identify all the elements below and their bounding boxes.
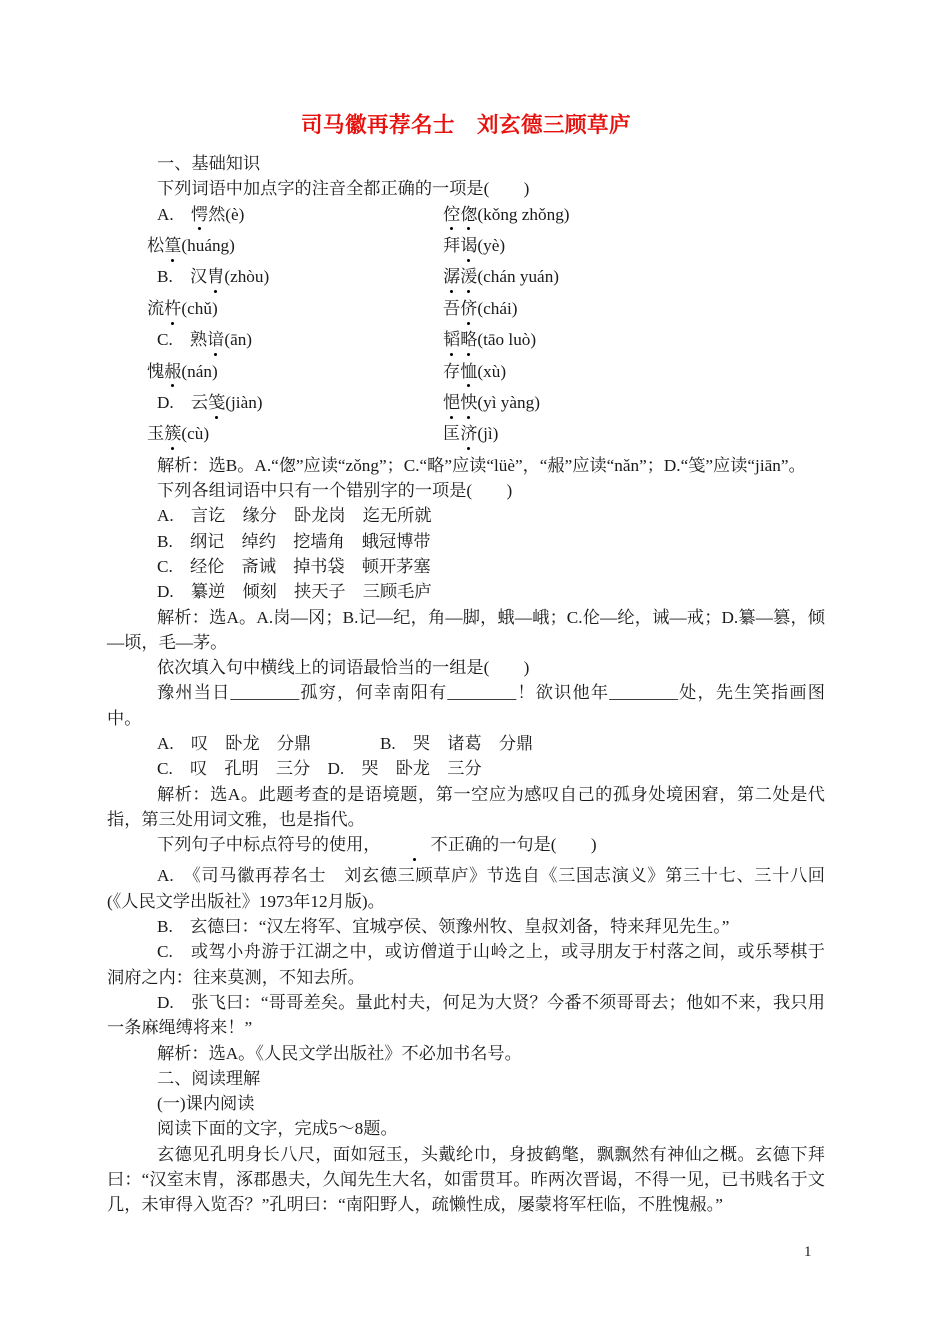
text-line: D. 张飞曰：“哥哥差矣。量此村夫，何足为大贤？今番不须哥哥去；他如不来，我只用… — [107, 990, 825, 1041]
text-line: 解析：选A。此题考查的是语境题，第一空应为感叹自己的孤身处境困窘，第二处是代指，… — [107, 782, 825, 833]
text-line: 豫州当日________孤穷，何幸南阳有________！欲识他年_______… — [107, 680, 825, 731]
pinyin-item-right: 潺湲(chán yuán) — [443, 264, 559, 289]
emphasis-dot-char: 悒 — [443, 390, 460, 415]
text-line: 依次填入句中横线上的词语最恰当的一组是( ) — [107, 655, 825, 680]
pinyin-item-left: 愧赧(nán) — [147, 362, 218, 381]
emphasis-dot-char: 略 — [460, 327, 477, 352]
pinyin-item-left: B. 汉胄(zhòu) — [157, 267, 269, 286]
emphasis-dot-char: 篁 — [164, 233, 181, 258]
emphasis-dot-char: 潺 — [443, 264, 460, 289]
pinyin-item-right: 匡济(jì) — [443, 421, 498, 446]
text-line: B. 纲记 绰约 挖墙角 蛾冠博带 — [107, 529, 825, 554]
emphasis-dot-char: 簇 — [164, 421, 181, 446]
pinyin-row: B. 汉胄(zhòu)潺湲(chán yuán) — [107, 264, 825, 295]
emphasis-dot-char: 韬 — [443, 327, 460, 352]
pinyin-row: 玉簇(cù)匡济(jì) — [107, 421, 825, 452]
text-line: 解析：选A。《人民文学出版社》不必加书名号。 — [107, 1041, 825, 1066]
text-line: A. 《司马徽再荐名士 刘玄德三顾草庐》节选自《三国志演义》第三十七、三十八回(… — [107, 863, 825, 914]
text-line: 解析：选A。A.岗—冈；B.记—纪，角—脚，蛾—峨；C.伦—纶，诫—戒；D.纂—… — [107, 605, 825, 656]
pinyin-item-left: C. 熟谙(ān) — [157, 330, 252, 349]
page-number: 1 — [804, 1242, 812, 1262]
text-line: 下列句子中标点符号的使用，不正确的一句是( ) — [107, 832, 825, 857]
emphasis-dot-char: 杵 — [164, 296, 181, 321]
text-line: 阅读下面的文字，完成5～8题。 — [107, 1116, 825, 1141]
text-line: 一、基础知识 — [107, 151, 825, 176]
text-line: D. 纂逆 倾刻 挟天子 三顾毛庐 — [107, 579, 825, 604]
document-body: 一、基础知识下列词语中加点字的注音全都正确的一项是( )A. 愕然(è)倥偬(k… — [107, 151, 825, 1218]
text-line: 下列各组词语中只有一个错别字的一项是( ) — [107, 478, 825, 503]
text-line: C. 叹 孔明 三分 D. 哭 卧龙 三分 — [107, 756, 825, 781]
emphasis-dot-char: 怏 — [460, 390, 477, 415]
page: 司马徽再荐名士 刘玄德三顾草庐 一、基础知识下列词语中加点字的注音全都正确的一项… — [0, 0, 950, 1344]
emphasis-dot-char: 不 — [380, 832, 447, 857]
pinyin-item-right: 吾侪(chái) — [443, 296, 517, 321]
pinyin-item-left: 流杵(chǔ) — [147, 299, 218, 318]
pinyin-row: 愧赧(nán)存恤(xù) — [107, 359, 825, 390]
emphasis-dot-char: 愕 — [191, 202, 208, 227]
pinyin-row: C. 熟谙(ān)韬略(tāo luò) — [107, 327, 825, 358]
text-line: B. 玄德曰：“汉左将军、宜城亭侯、领豫州牧、皇叔刘备，特来拜见先生。” — [107, 914, 825, 939]
pinyin-item-right: 倥偬(kǒng zhǒng) — [443, 202, 570, 227]
pinyin-row: 松篁(huáng)拜谒(yè) — [107, 233, 825, 264]
pinyin-item-left: D. 云笺(jiàn) — [157, 393, 263, 412]
emphasis-dot-char: 谒 — [460, 233, 477, 258]
emphasis-dot-char: 谙 — [207, 327, 224, 352]
emphasis-dot-char: 济 — [460, 421, 477, 446]
pinyin-item-right: 悒怏(yì yàng) — [443, 390, 540, 415]
text-line: 解析：选B。A.“偬”应读“zǒng”；C.“略”应读“lüè”，“赧”应读“n… — [107, 453, 825, 478]
text-line: A. 言讫 缘分 卧龙岗 迄无所就 — [107, 503, 825, 528]
text-line: A. 叹 卧龙 分鼎 B. 哭 诸葛 分鼎 — [107, 731, 825, 756]
emphasis-dot-char: 偬 — [460, 202, 477, 227]
emphasis-dot-char: 胄 — [207, 264, 224, 289]
document-title: 司马徽再荐名士 刘玄德三顾草庐 — [107, 112, 825, 139]
pinyin-row: D. 云笺(jiàn)悒怏(yì yàng) — [107, 390, 825, 421]
text-line: 二、阅读理解 — [107, 1066, 825, 1091]
pinyin-item-right: 存恤(xù) — [443, 359, 506, 384]
text-line: C. 或驾小舟游于江湖之中，或访僧道于山岭之上，或寻朋友于村落之间，或乐琴棋于洞… — [107, 939, 825, 990]
emphasis-dot-char: 恤 — [460, 359, 477, 384]
pinyin-row: 流杵(chǔ)吾侪(chái) — [107, 296, 825, 327]
text-line: C. 经伦 斋诫 掉书袋 顿开茅塞 — [107, 554, 825, 579]
text-line: 玄德见孔明身长八尺，面如冠玉，头戴纶巾，身披鹤氅，飘飘然有神仙之概。玄德下拜曰：… — [107, 1142, 825, 1218]
text-line: (一)课内阅读 — [107, 1091, 825, 1116]
emphasis-dot-char: 笺 — [208, 390, 225, 415]
pinyin-item-right: 拜谒(yè) — [443, 233, 505, 258]
emphasis-dot-char: 倥 — [443, 202, 460, 227]
emphasis-dot-char: 赧 — [164, 359, 181, 384]
pinyin-item-left: 玉簇(cù) — [147, 424, 209, 443]
pinyin-item-left: 松篁(huáng) — [147, 236, 235, 255]
pinyin-item-left: A. 愕然(è) — [157, 205, 244, 224]
emphasis-dot-char: 侪 — [460, 296, 477, 321]
emphasis-dot-char: 湲 — [460, 264, 477, 289]
pinyin-row: A. 愕然(è)倥偬(kǒng zhǒng) — [107, 202, 825, 233]
text-line: 下列词语中加点字的注音全都正确的一项是( ) — [107, 176, 825, 201]
pinyin-item-right: 韬略(tāo luò) — [443, 327, 536, 352]
